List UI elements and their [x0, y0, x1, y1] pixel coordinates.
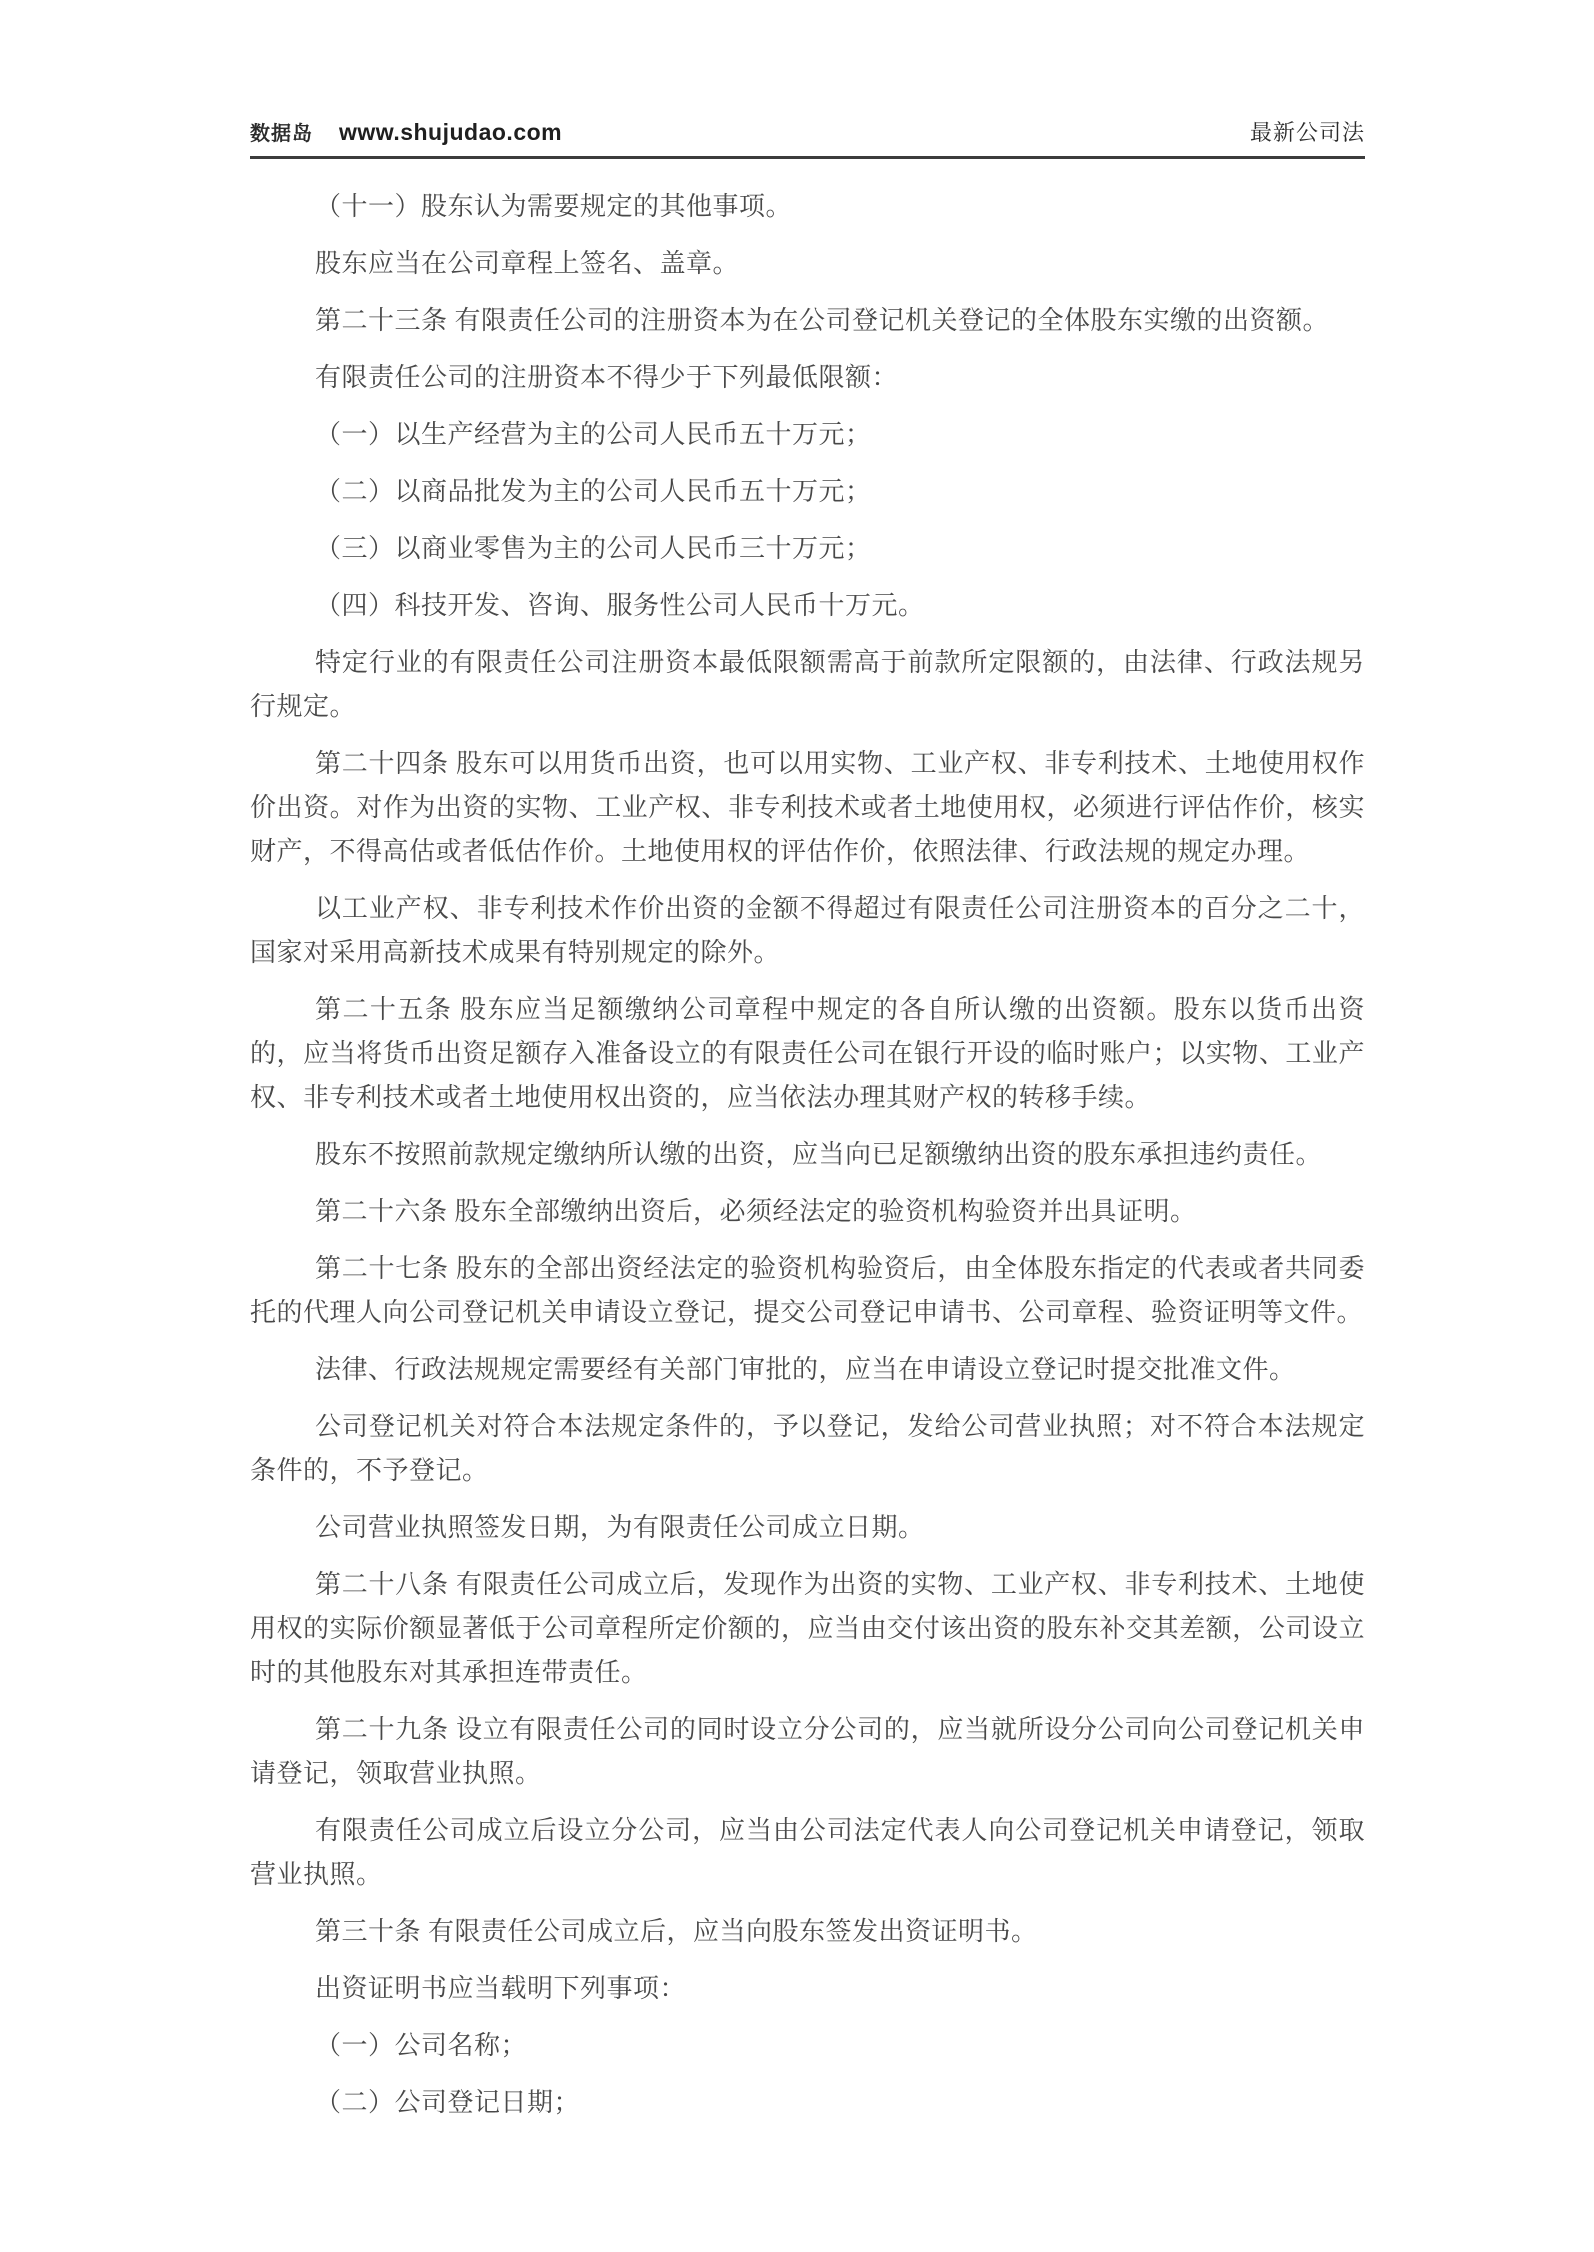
- body-paragraph: （一）以生产经营为主的公司人民币五十万元；: [250, 413, 1365, 457]
- body-paragraph: 第二十三条 有限责任公司的注册资本为在公司登记机关登记的全体股东实缴的出资额。: [250, 299, 1365, 343]
- body-paragraph: 公司登记机关对符合本法规定条件的，予以登记，发给公司营业执照；对不符合本法规定条…: [250, 1405, 1365, 1493]
- body-paragraph: 出资证明书应当载明下列事项：: [250, 1967, 1365, 2011]
- body-paragraph: 股东不按照前款规定缴纳所认缴的出资，应当向已足额缴纳出资的股东承担违约责任。: [250, 1133, 1365, 1177]
- body-paragraph: 公司营业执照签发日期，为有限责任公司成立日期。: [250, 1506, 1365, 1550]
- body-paragraph: 第二十四条 股东可以用货币出资，也可以用实物、工业产权、非专利技术、土地使用权作…: [250, 742, 1365, 874]
- body-paragraph: 特定行业的有限责任公司注册资本最低限额需高于前款所定限额的，由法律、行政法规另行…: [250, 641, 1365, 729]
- body-paragraph: 有限责任公司成立后设立分公司，应当由公司法定代表人向公司登记机关申请登记，领取营…: [250, 1809, 1365, 1897]
- page-content: 数据岛 www.shujudao.com 最新公司法 （十一）股东认为需要规定的…: [250, 0, 1365, 2138]
- body-paragraph: 第二十九条 设立有限责任公司的同时设立分公司的，应当就所设分公司向公司登记机关申…: [250, 1708, 1365, 1796]
- document-title: 最新公司法: [1250, 116, 1365, 147]
- body-paragraph: （十一）股东认为需要规定的其他事项。: [250, 185, 1365, 229]
- page-header: 数据岛 www.shujudao.com 最新公司法: [250, 0, 1365, 159]
- body-paragraph: 第二十五条 股东应当足额缴纳公司章程中规定的各自所认缴的出资额。股东以货币出资的…: [250, 988, 1365, 1120]
- header-rule: 数据岛 www.shujudao.com 最新公司法: [250, 116, 1365, 159]
- document-page: 数据岛 www.shujudao.com 最新公司法 （十一）股东认为需要规定的…: [0, 0, 1594, 2252]
- body-paragraph: 第二十七条 股东的全部出资经法定的验资机构验资后，由全体股东指定的代表或者共同委…: [250, 1247, 1365, 1335]
- body-paragraph: 股东应当在公司章程上签名、盖章。: [250, 242, 1365, 286]
- body-paragraph: 以工业产权、非专利技术作价出资的金额不得超过有限责任公司注册资本的百分之二十，国…: [250, 887, 1365, 975]
- body-paragraph: 有限责任公司的注册资本不得少于下列最低限额：: [250, 356, 1365, 400]
- body-paragraph: （三）以商业零售为主的公司人民币三十万元；: [250, 527, 1365, 571]
- body-paragraph: 第二十八条 有限责任公司成立后，发现作为出资的实物、工业产权、非专利技术、土地使…: [250, 1563, 1365, 1695]
- site-url: www.shujudao.com: [339, 119, 562, 146]
- body-paragraph: （二）公司登记日期；: [250, 2081, 1365, 2125]
- body-paragraph: 法律、行政法规规定需要经有关部门审批的，应当在申请设立登记时提交批准文件。: [250, 1348, 1365, 1392]
- body-paragraph: （四）科技开发、咨询、服务性公司人民币十万元。: [250, 584, 1365, 628]
- body-paragraph: 第二十六条 股东全部缴纳出资后，必须经法定的验资机构验资并出具证明。: [250, 1190, 1365, 1234]
- body-paragraph: （一）公司名称；: [250, 2024, 1365, 2068]
- body-paragraph: （二）以商品批发为主的公司人民币五十万元；: [250, 470, 1365, 514]
- document-body: （十一）股东认为需要规定的其他事项。 股东应当在公司章程上签名、盖章。 第二十三…: [250, 185, 1365, 2125]
- site-name: 数据岛: [250, 117, 313, 146]
- body-paragraph: 第三十条 有限责任公司成立后，应当向股东签发出资证明书。: [250, 1910, 1365, 1954]
